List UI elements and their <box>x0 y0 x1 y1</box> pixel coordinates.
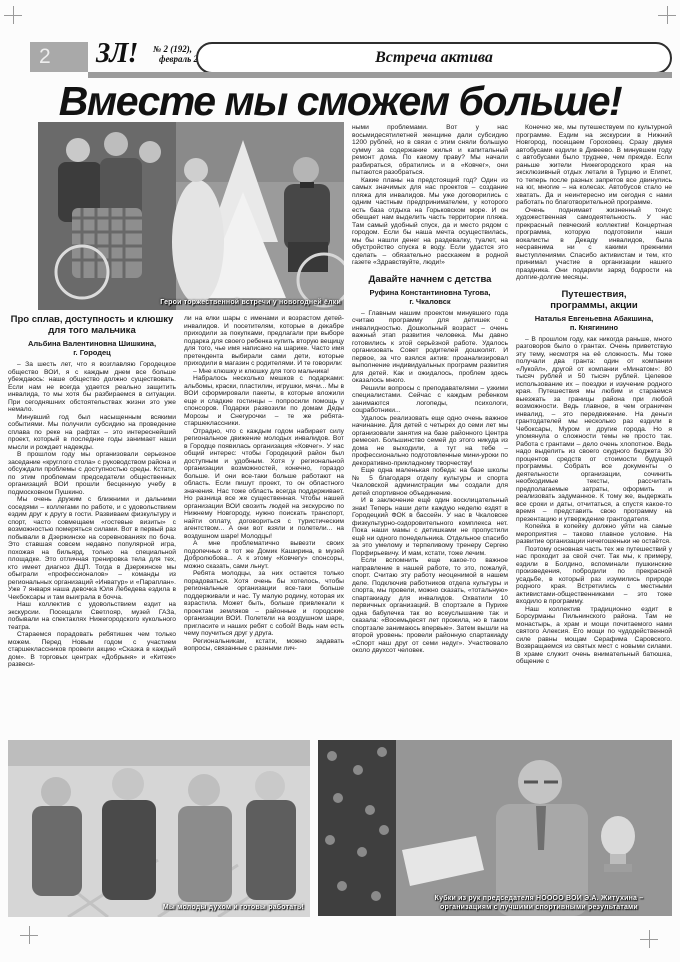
paragraph: И в заключение ещё один восклицательный … <box>352 497 508 557</box>
paragraph: Наш коллектив традиционно ездит в Борсур… <box>516 606 672 666</box>
newspaper-page: 2 ЗЛ! № 2 (192), февраль 2017 г. Встреча… <box>0 0 680 962</box>
article-2-location: г. Чкаловск <box>352 297 508 306</box>
bottom-left-illustration <box>8 740 310 917</box>
paragraph: А мне проблематично вывезти своих подопе… <box>184 540 344 570</box>
article-1-author: Альбина Валентиновна Шишкина, <box>8 339 176 348</box>
cropmark-top-right <box>658 6 676 24</box>
paragraph: – За шесть лет, что я возглавляю Городец… <box>8 361 176 414</box>
paragraph: Наш коллектив с удовольствием ездит на э… <box>8 601 176 631</box>
article-3-byline: Наталья Евгеньевна Абакшина, п. Княгинин… <box>516 314 672 332</box>
paragraph: Еще одна маленькая победа: на базе школы… <box>352 467 508 497</box>
paragraph: Стараемся порадовать ребятишек чем тольк… <box>8 631 176 669</box>
cropmark-bottom-left <box>20 926 38 944</box>
article-2-title: Давайте начнем с детства <box>352 274 508 285</box>
article-3-title-line1: Путешествия, <box>516 289 672 300</box>
bottom-right-caption-line2: организациям с лучшими спортивными резул… <box>410 904 668 913</box>
column-4: Конечно же, мы путешествуем по культурно… <box>516 124 672 666</box>
article-2-byline: Руфина Константиновна Тугова, г. Чкаловс… <box>352 288 508 306</box>
paragraph: Какие планы на предстоящий год? Один из … <box>352 177 508 267</box>
masthead-logo: ЗЛ! <box>96 38 137 70</box>
page-number: 2 <box>30 45 51 68</box>
top-photo-block: Герои торжественной встречи у новогодней… <box>38 122 344 310</box>
cropmark-bottom-right <box>640 930 658 948</box>
bottom-right-photo: Кубки из рук председателя НОООО ВОИ Э.А.… <box>318 740 672 916</box>
person-head-silhouette <box>112 768 144 800</box>
column-1: Про сплав, доступность и клюшку для того… <box>8 314 176 669</box>
top-photos-illustration <box>38 122 344 310</box>
paragraph: Очень поднимает жизненный тонус художест… <box>516 207 672 282</box>
main-headline: Вместе мы сможем больше! <box>0 79 680 123</box>
person-head-silhouette <box>41 777 71 807</box>
paragraph: Ребята молодцы, за них остается только п… <box>184 570 344 638</box>
bottom-right-caption: Кубки из рук председателя НОООО ВОИ Э.А.… <box>410 895 668 912</box>
paragraph: Копейка в копейку должно уйти на самые м… <box>516 523 672 546</box>
section-title: Встреча актива <box>375 49 493 66</box>
bow-tie-icon <box>300 182 314 188</box>
paragraph: – Главным нашим проектом минувшего года … <box>352 310 508 385</box>
section-title-pill: Встреча актива <box>196 42 672 74</box>
article-3-author: Наталья Евгеньевна Абакшина, <box>516 314 672 323</box>
article-3-location: п. Княгинино <box>516 323 672 332</box>
bottom-right-illustration <box>318 740 672 916</box>
paragraph: В прошлом году мы организовали серьезное… <box>8 451 176 496</box>
article-2-author: Руфина Константиновна Тугова, <box>352 288 508 297</box>
article-3-title-line2: программы, акции <box>516 300 672 311</box>
paragraph: ли на елки шары с именами и возрастом де… <box>184 315 344 368</box>
paragraph: Конечно же, мы путешествуем по культурно… <box>516 124 672 207</box>
article-1-location: г. Городец <box>8 348 176 357</box>
person-head-silhouette <box>188 774 220 806</box>
article-3-title: Путешествия, программы, акции <box>516 289 672 311</box>
paragraph: Мы очень дружим с ближними и дальними со… <box>8 496 176 601</box>
cropmark-top-left <box>4 6 22 24</box>
bride-silhouette <box>172 180 224 304</box>
article-1-title: Про сплав, доступность и клюшку для того… <box>8 314 176 336</box>
paragraph: – Мне клюшку и клюшку для того мальчика! <box>184 368 344 376</box>
paragraph: Региональникам, кстати, можно задавать в… <box>184 638 344 653</box>
paragraph: Если вспомнить еще какое-то важное напра… <box>352 557 508 655</box>
bottom-right-caption-line1: Кубки из рук председателя НОООО ВОИ Э.А.… <box>410 895 668 904</box>
paragraph: Удалось реализовать еще одно очень важно… <box>352 415 508 468</box>
column-3: ными проблемами. Вот у нас восьмидесятил… <box>352 124 508 655</box>
man-head-silhouette <box>293 157 319 183</box>
page-number-box: 2 <box>30 42 88 72</box>
bottom-left-photo: Мы молоды духом и готовы работать! <box>8 740 310 917</box>
person-head-silhouette <box>255 771 285 801</box>
column-2: ли на елки шары с именами и возрастом де… <box>184 315 344 653</box>
paragraph: Отрадно, что с каждым годом набирает сил… <box>184 428 344 541</box>
paragraph: – В прошлом году, как никогда раньше, мн… <box>516 336 672 524</box>
bottom-left-caption: Мы молоды духом и готовы работать! <box>163 904 304 913</box>
paragraph: Минувший год был насыщенным всякими собы… <box>8 414 176 452</box>
article-1-byline: Альбина Валентиновна Шишкина, г. Городец <box>8 339 176 357</box>
paragraph: Набралось несколько мешков с подарками: … <box>184 375 344 428</box>
top-photo-caption: Герои торжественной встречи у новогодней… <box>160 299 341 308</box>
paragraph: Поэтому основная часть тех же путешестви… <box>516 546 672 606</box>
paragraph: Решили вопросы с преподавателями – узким… <box>352 385 508 415</box>
paragraph: ными проблемами. Вот у нас восьмидесятил… <box>352 124 508 177</box>
